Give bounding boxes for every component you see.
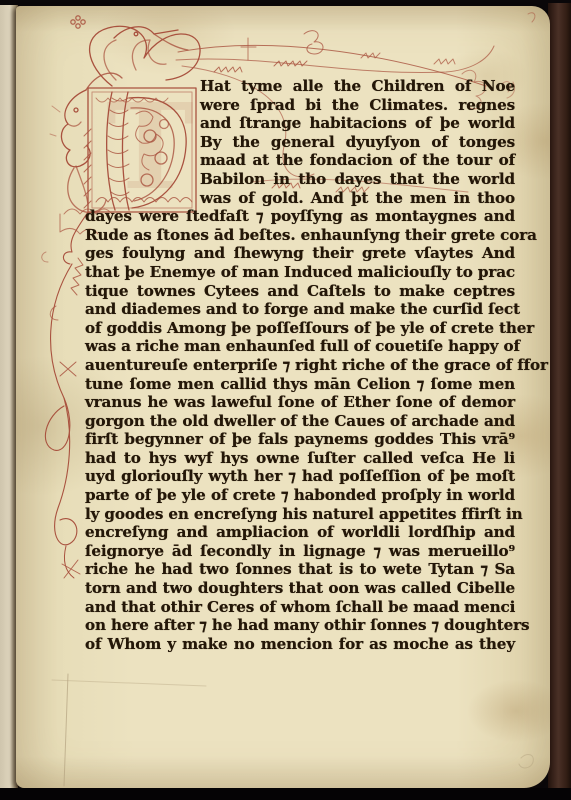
- text-line: ſeignorye ād ſecondly in lignage ⁊ was m…: [85, 542, 515, 561]
- text-line: that þe Enemye of man Induced maliciouſl…: [85, 263, 515, 282]
- text-line: vranus he was laweful ſone of Ether ſone…: [85, 393, 515, 412]
- text-line: ly goodes en encreſyng his naturel appet…: [85, 505, 515, 524]
- text-line: of goddis Among þe poſſeſſours of þe yle…: [85, 319, 515, 338]
- bottom-edge-shadow: [0, 788, 571, 800]
- text-block: Hat tyme alle the Children of Noewere ſp…: [85, 77, 515, 653]
- text-line: Babilon in tho dayes that the world: [200, 170, 515, 189]
- text-line: and diademes and to forge and make the c…: [85, 300, 515, 319]
- text-line: auentureuſe enterpriſe ⁊ right riche of …: [85, 356, 515, 375]
- text-line: By the general dyuyſyon of tonges: [200, 133, 515, 152]
- text-line: firſt begynner of þe fals paynems goddes…: [85, 430, 515, 449]
- text-line: uyd gloriouſly wyth her ⁊ had poſſeſſion…: [85, 467, 515, 486]
- text-line: and ſtrange habitacions of þe world: [200, 114, 515, 133]
- book-photo: T: [0, 0, 571, 800]
- text-line: was of gold. And þt the men in thoo: [200, 189, 515, 208]
- text-line: Hat tyme alle the Children of Noe: [200, 77, 515, 96]
- text-line: gorgon the old dweller of the Caues of a…: [85, 412, 515, 431]
- manuscript-page: T: [16, 6, 550, 788]
- text-line: maad at the fondacion of the tour of: [200, 151, 515, 170]
- text-line: torn and two doughters that oon was call…: [85, 579, 515, 598]
- text-line: and that othir Ceres of whom ſchall be m…: [85, 598, 515, 617]
- text-line: had to hys wyf hys owne ſuſter called ve…: [85, 449, 515, 468]
- text-line: encreſyng and ampliacion of worldli lord…: [85, 523, 515, 542]
- margin-flourish: [42, 212, 88, 578]
- text-line: riche he had two ſonnes that is to wete …: [85, 560, 515, 579]
- text-line: parte of þe yle of crete ⁊ habonded proſ…: [85, 486, 515, 505]
- text-line: of Whom y make no mencion for as moche a…: [85, 635, 515, 654]
- text-line: was a riche man enhaunſed full of coueti…: [85, 337, 515, 356]
- book-cover-edge: [548, 3, 571, 800]
- text-line: Rude as ſtones ād beſtes. enhaunſyng the…: [85, 226, 515, 245]
- text-line: tique townes Cytees and Caſtels to make …: [85, 282, 515, 301]
- text-line: were ſprad bi the Climates. regnes: [200, 96, 515, 115]
- page-creases: [52, 674, 533, 786]
- text-line: tune ſome men callid thys mān Celion ⁊ ſ…: [85, 375, 515, 394]
- crown-knot-and-bird-head: [71, 16, 200, 86]
- text-line: dayes were ſtedfaſt ⁊ poyſſyng as montay…: [85, 207, 515, 226]
- text-line: ges foulyng and ſhewyng their grete vſay…: [85, 244, 515, 263]
- text-line: on here after ⁊ he had many othir ſonnes…: [85, 616, 515, 635]
